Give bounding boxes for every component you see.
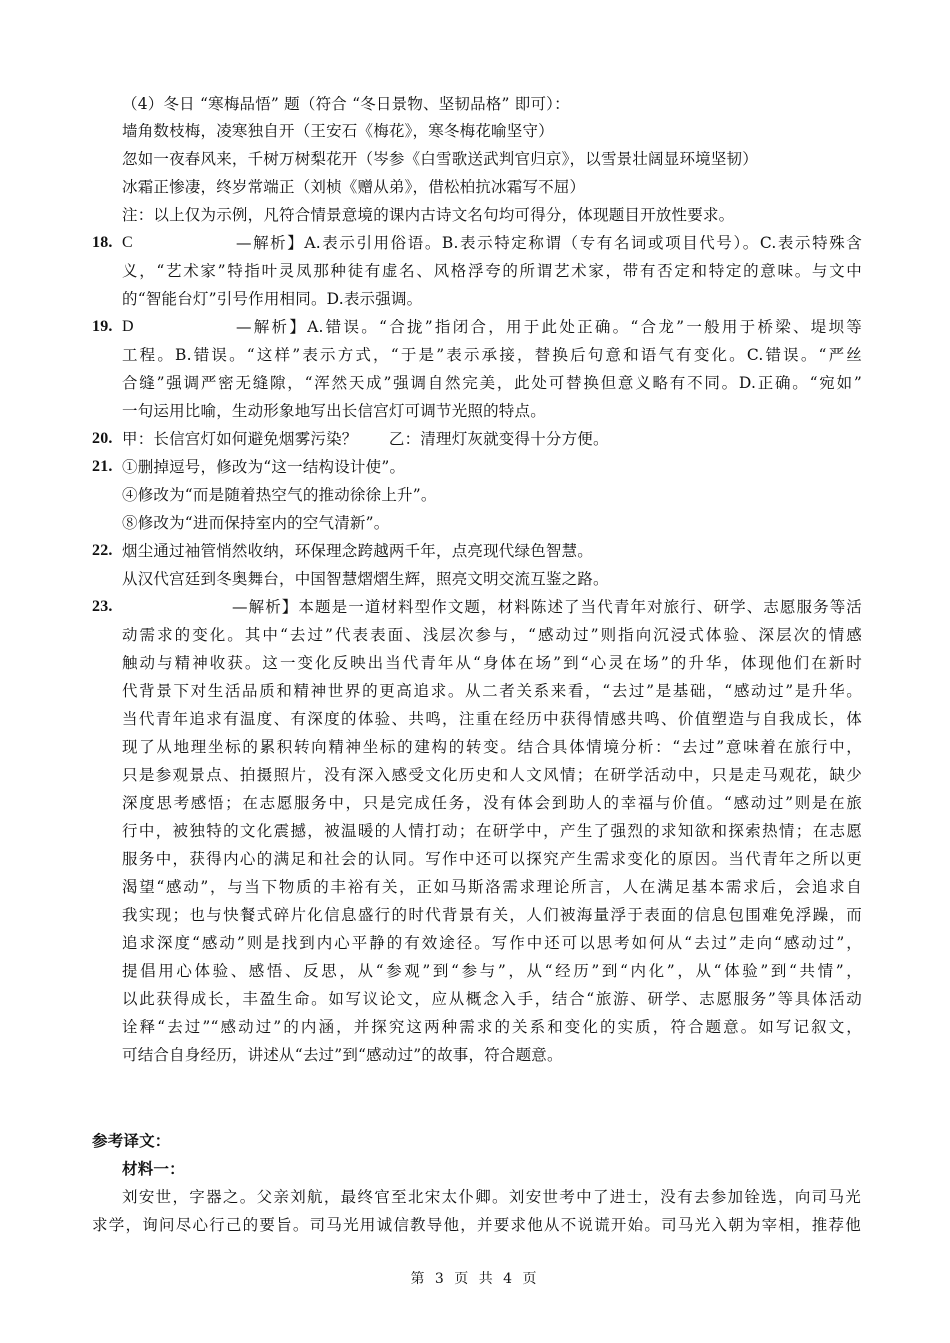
analysis-line: 合缝”强调严密无缝隙，“浑然天成”强调自然完美，此处可替换但意义略有不同。D.正… — [122, 373, 862, 393]
answer-line: ④修改为“而是随着热空气的推动徐徐上升”。 — [122, 485, 437, 505]
translation-heading: 参考译文： — [92, 1131, 171, 1151]
answer-choice: D — [122, 317, 134, 337]
analysis-line: 代背景下对生活品质和精神世界的更高追求。从二者关系来看，“去过”是基础，“感动过… — [122, 681, 862, 701]
translation-subheading: 材料一： — [122, 1159, 185, 1179]
analysis-line: 诠释“去过”“感动过”的内涵，并探究这两种需求的关系和变化的实质，符合题意。如写… — [122, 1017, 862, 1037]
analysis-line: 以此获得成长，丰盈生命。如写议论文，应从概念入手，结合“旅游、研学、志愿服务”等… — [122, 989, 862, 1009]
analysis-line: 行中，被独特的文化震撼，被温暖的人情打动；在研学中，产生了强烈的求知欲和探索热情… — [122, 821, 862, 841]
analysis-line: 动需求的变化。其中“去过”代表表面、浅层次参与，“感动过”则指向沉浸式体验、深层… — [122, 625, 862, 645]
analysis-line: 工程。B.错误。“这样”表示方式，“于是”表示承接，替换后句意和语气有变化。C.… — [122, 345, 862, 365]
translation-line: 求学，询问尽心行己的要旨。司马光用诚信教导他，并要求他从不说谎开始。司马光入朝为… — [92, 1215, 862, 1235]
poetry-line: 墙角数枝梅，凌寒独自开（王安石《梅花》，寒冬梅花喻坚守） — [122, 121, 554, 141]
answer-line: ⑧修改为“进而保持室内的空气清新”。 — [122, 513, 389, 533]
analysis-line: 深度思考感悟；在志愿服务中，只是完成任务，没有体会到助人的幸福与价值。“感动过”… — [122, 793, 862, 813]
poetry-heading: （4）冬日 “寒梅品悟” 题（符合 “冬日景物、坚韧品格” 即可）： — [122, 94, 570, 114]
translation-line: 刘安世，字器之。父亲刘航，最终官至北宋太仆卿。刘安世考中了进士，没有去参加铨选，… — [122, 1187, 862, 1207]
analysis-line: 现了从地理坐标的累积转向精神坐标的建构的转变。结合具体情境分析：“去过”意味着在… — [122, 737, 862, 757]
analysis-line: 提倡用心体验、感悟、反思，从“参观”到“参与”，从“经历”到“内化”，从“体验”… — [122, 961, 862, 981]
question-number: 22. — [92, 541, 113, 561]
answer-line: 从汉代宫廷到冬奥舞台，中国智慧熠熠生辉，照亮文明交流互鉴之路。 — [122, 569, 609, 589]
question-number: 21. — [92, 457, 113, 477]
analysis-line: 可结合自身经历，讲述从“去过”到“感动过”的故事，符合题意。 — [122, 1045, 563, 1065]
analysis-line: 我实现；也与快餐式碎片化信息盛行的时代背景有关，人们被海量浮于表面的信息包围难免… — [122, 905, 862, 925]
answer-line: 甲：长信宫灯如何避免烟雾污染？ 乙：清理灯灰就变得十分方便。 — [122, 429, 609, 449]
analysis-line: —解析】A.表示引用俗语。B.表示特定称谓（专有名词或项目代号）。C.表示特殊含 — [236, 233, 862, 253]
poetry-note: 注：以上仅为示例，凡符合情景意境的课内古诗文名句均可得分，体现题目开放性要求。 — [122, 205, 734, 225]
analysis-line: 触动与精神收获。这一变化反映出当代青年从“身体在场”到“心灵在场”的升华，体现他… — [122, 653, 862, 673]
analysis-line: 追求深度“感动”则是找到内心平静的有效途径。写作中还可以思考如何从“去过”走向“… — [122, 933, 862, 953]
answer-choice: C — [122, 233, 133, 253]
analysis-line: 渴望“感动”，与当下物质的丰裕有关，正如马斯洛需求理论所言，人在满足基本需求后，… — [122, 877, 862, 897]
question-number: 20. — [92, 429, 113, 449]
answer-line: ①删掉逗号，修改为“这一结构设计使”。 — [122, 457, 405, 477]
page-number: 第 3 页 共 4 页 — [0, 1268, 950, 1288]
poetry-line: 冰霜正惨凄，终岁常端正（刘桢《赠从弟》，借松柏抗冰霜写不屈） — [122, 177, 585, 197]
analysis-line: 一句运用比喻，生动形象地写出长信宫灯可调节光照的特点。 — [122, 401, 546, 421]
question-number: 19. — [92, 317, 113, 337]
question-number: 18. — [92, 233, 113, 253]
analysis-line: —解析】本题是一道材料型作文题，材料陈述了当代青年对旅行、研学、志愿服务等活 — [232, 597, 862, 617]
question-number: 23. — [92, 597, 113, 617]
poetry-line: 忽如一夜春风来，千树万树梨花开（岑参《白雪歌送武判官归京》，以雪景壮阔显环境坚韧… — [122, 149, 758, 169]
analysis-line: 义，“艺术家”特指叶灵凤那种徒有虚名、风格浮夸的所谓艺术家，带有否定和特定的意味… — [122, 261, 862, 281]
analysis-line: 的“智能台灯”引号作用相同。D.表示强调。 — [122, 289, 422, 309]
document-page: （4）冬日 “寒梅品悟” 题（符合 “冬日景物、坚韧品格” 即可）： 墙角数枝梅… — [0, 0, 950, 1343]
answer-line: 烟尘通过袖管悄然收纳，环保理念跨越两千年，点亮现代绿色智慧。 — [122, 541, 593, 561]
analysis-line: 只是参观景点、拍摄照片，没有深入感受文化历史和人文风情；在研学活动中，只是走马观… — [122, 765, 862, 785]
analysis-line: —解析】A.错误。“合拢”指闭合，用于此处正确。“合龙”一般用于桥梁、堤坝等 — [236, 317, 862, 337]
analysis-line: 服务中，获得内心的满足和社会的认同。写作中还可以探究产生需求变化的原因。当代青年… — [122, 849, 862, 869]
analysis-line: 当代青年追求有温度、有深度的体验、共鸣，注重在经历中获得情感共鸣、价值塑造与自我… — [122, 709, 862, 729]
